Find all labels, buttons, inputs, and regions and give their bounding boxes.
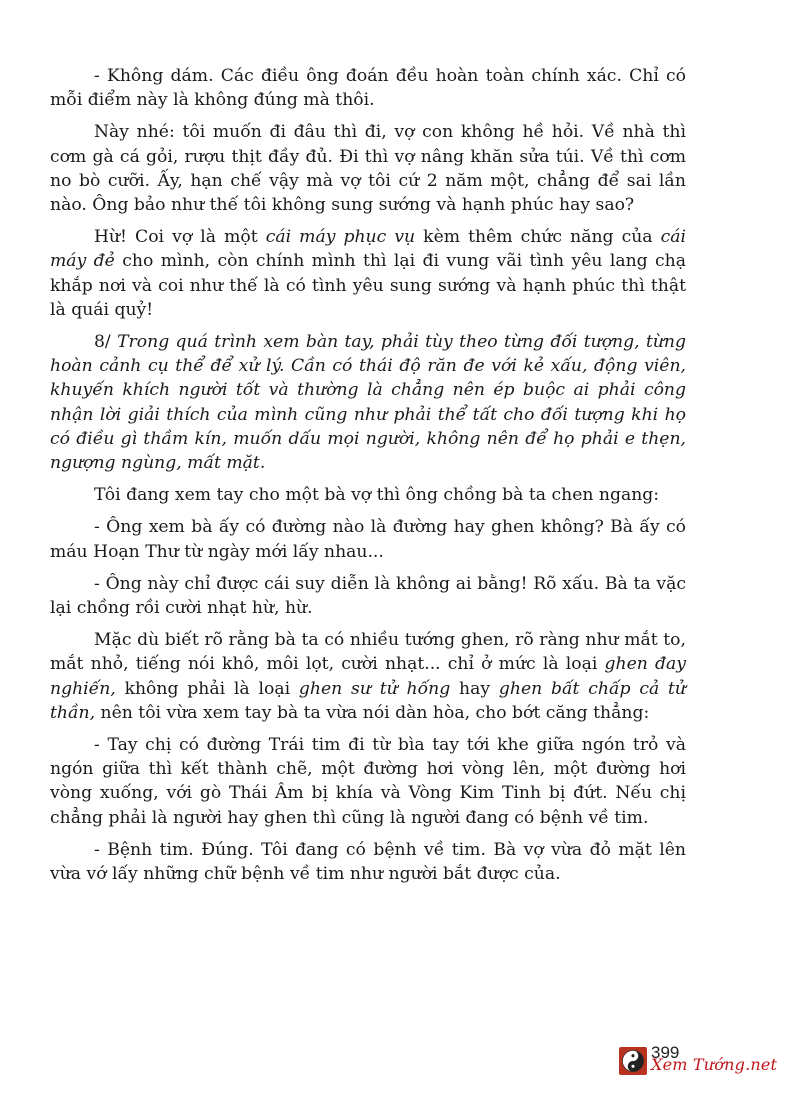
page-footer: 399 Xem Tướng.net [619, 1047, 769, 1077]
text-run: nên tôi vừa xem tay bà ta vừa nói dàn hò… [95, 703, 649, 723]
italic-text: cái máy phục vụ [266, 227, 415, 247]
text-run: hay [450, 679, 499, 699]
text-run: - Ông này chỉ được cái suy diễn là không… [50, 574, 686, 618]
body-text: - Không dám. Các điều ông đoán đều hoàn … [50, 64, 686, 886]
text-run: 8/ [94, 332, 117, 352]
text-run: Này nhé: tôi muốn đi đâu thì đi, vợ con … [50, 122, 686, 215]
text-run: Tôi đang xem tay cho một bà vợ thì ông c… [94, 485, 659, 505]
paragraph: Mặc dù biết rõ rằng bà ta có nhiều tướng… [50, 628, 686, 725]
italic-text: Trong quá trình xem bàn tay, phải tùy th… [50, 332, 686, 473]
document-page: - Không dám. Các điều ông đoán đều hoàn … [50, 64, 686, 894]
text-run: cho mình, còn chính mình thì lại đi vung… [50, 251, 686, 319]
paragraph: - Ông này chỉ được cái suy diễn là không… [50, 572, 686, 620]
text-run: - Bệnh tim. Đúng. Tôi đang có bệnh về ti… [50, 840, 686, 884]
paragraph: - Tay chị có đường Trái tim đi từ bìa ta… [50, 733, 686, 830]
text-run: Mặc dù biết rõ rằng bà ta có nhiều tướng… [50, 630, 686, 674]
paragraph: 8/ Trong quá trình xem bàn tay, phải tùy… [50, 330, 686, 475]
paragraph: - Ông xem bà ấy có đường nào là đường ha… [50, 515, 686, 563]
yin-yang-icon [619, 1047, 647, 1075]
paragraph: - Bệnh tim. Đúng. Tôi đang có bệnh về ti… [50, 838, 686, 886]
brand-watermark[interactable]: Xem Tướng.net [651, 1055, 777, 1074]
text-run: kèm thêm chức năng của [415, 227, 661, 247]
text-run: - Không dám. Các điều ông đoán đều hoàn … [50, 66, 686, 110]
paragraph: Này nhé: tôi muốn đi đâu thì đi, vợ con … [50, 120, 686, 217]
text-run: - Ông xem bà ấy có đường nào là đường ha… [50, 517, 686, 561]
paragraph: - Không dám. Các điều ông đoán đều hoàn … [50, 64, 686, 112]
text-run: không phải là loại [116, 679, 299, 699]
text-run: - Tay chị có đường Trái tim đi từ bìa ta… [50, 735, 686, 828]
italic-text: ghen sư tử hống [299, 679, 450, 699]
paragraph: Tôi đang xem tay cho một bà vợ thì ông c… [50, 483, 686, 507]
paragraph: Hừ! Coi vợ là một cái máy phục vụ kèm th… [50, 225, 686, 322]
text-run: Hừ! Coi vợ là một [94, 227, 266, 247]
